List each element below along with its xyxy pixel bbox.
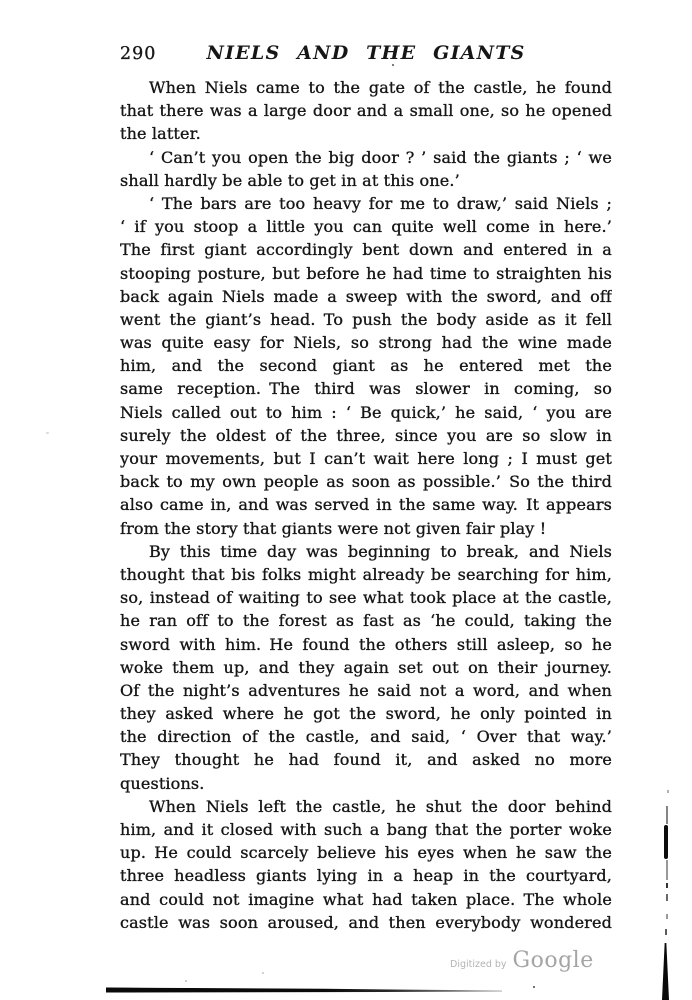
text-line: and could not imagine what had taken pla… [120, 888, 612, 911]
text-line: ‘ if you stoop a little you can quite we… [120, 215, 612, 238]
text-line: ‘ The bars are too heavy for me to draw,… [120, 192, 612, 215]
scan-artifact-speck [262, 972, 264, 974]
text-line: The first giant accordingly bent down an… [120, 238, 612, 261]
text-line: they asked where he got the sword, he on… [120, 702, 612, 725]
text-line: sword with him. He found the others stil… [120, 633, 612, 656]
text-line: When Niels came to the gate of the castl… [120, 76, 612, 99]
scan-artifact-speck [185, 980, 187, 982]
scan-artifact-bottom-bar [106, 987, 502, 993]
text-line: from the story that giants were not give… [120, 517, 612, 540]
scan-artifact-right-mark [667, 790, 669, 793]
text-line: the direction of the castle, and said, ‘… [120, 725, 612, 748]
text-line: castle was soon aroused, and then everyb… [120, 911, 612, 934]
text-line: him, and the second giant as he entered … [120, 354, 612, 377]
text-line: By this time day was beginning to break,… [120, 540, 612, 563]
text-line: three headless giants lying in a heap in… [120, 864, 612, 887]
text-line: surely the oldest of the three, since yo… [120, 424, 612, 447]
text-line: also came in, and was served in the same… [120, 493, 612, 516]
scan-artifact-right-mark [664, 825, 668, 859]
google-logo: Google [513, 948, 594, 973]
scan-artifact-right-mark [662, 943, 669, 1000]
text-line: They thought he had found it, and asked … [120, 748, 612, 771]
scan-artifact-right-mark [666, 860, 668, 880]
text-line: ‘ Can’t you open the big door ? ’ said t… [120, 146, 612, 169]
text-line: him, and it closed with such a bang that… [120, 818, 612, 841]
text-line: same reception. The third was slower in … [120, 377, 612, 400]
scanned-book-page: 290 NIELS AND THE GIANTS When Niels came… [0, 0, 692, 1000]
text-line: the latter. [120, 122, 612, 145]
scan-artifact-right-mark [665, 929, 667, 935]
scan-artifact-right-mark [666, 914, 668, 919]
digitized-by-label: Digitized by [450, 959, 507, 970]
text-line: so, instead of waiting to see what took … [120, 586, 612, 609]
text-line: back to my own people as soon as possibl… [120, 470, 612, 493]
scan-artifact-speck [533, 986, 535, 988]
text-line: your movements, but I can’t wait here lo… [120, 447, 612, 470]
text-line: was quite easy for Niels, so strong had … [120, 331, 612, 354]
text-line: he ran off to the forest as fast as ‘he … [120, 609, 612, 632]
page-header: 290 NIELS AND THE GIANTS [120, 42, 612, 66]
text-line: When Niels left the castle, he shut the … [120, 795, 612, 818]
scan-artifact-right-mark [666, 806, 668, 824]
scan-artifact-right-mark [666, 883, 668, 888]
text-line: that there was a large door and a small … [120, 99, 612, 122]
scan-artifact-speck [46, 432, 49, 434]
scan-artifact-right-mark [666, 894, 668, 901]
text-line: woke them up, and they again set out on … [120, 656, 612, 679]
text-line: up. He could scarcely believe his eyes w… [120, 841, 612, 864]
text-line: Of the night’s adventures he said not a … [120, 679, 612, 702]
text-line: shall hardly be able to get in at this o… [120, 169, 612, 192]
text-block: When Niels came to the gate of the castl… [120, 76, 612, 934]
text-line: stooping posture, but before he had time… [120, 262, 612, 285]
text-line: thought that bis folks might already be … [120, 563, 612, 586]
text-line: Niels called out to him : ‘ Be quick,’ h… [120, 401, 612, 424]
running-title: NIELS AND THE GIANTS [120, 42, 612, 64]
text-line: questions. [120, 772, 612, 795]
text-line: went the giant’s head. To push the body … [120, 308, 612, 331]
watermark: Digitized by Google [450, 948, 594, 973]
text-line: back again Niels made a sweep with the s… [120, 285, 612, 308]
